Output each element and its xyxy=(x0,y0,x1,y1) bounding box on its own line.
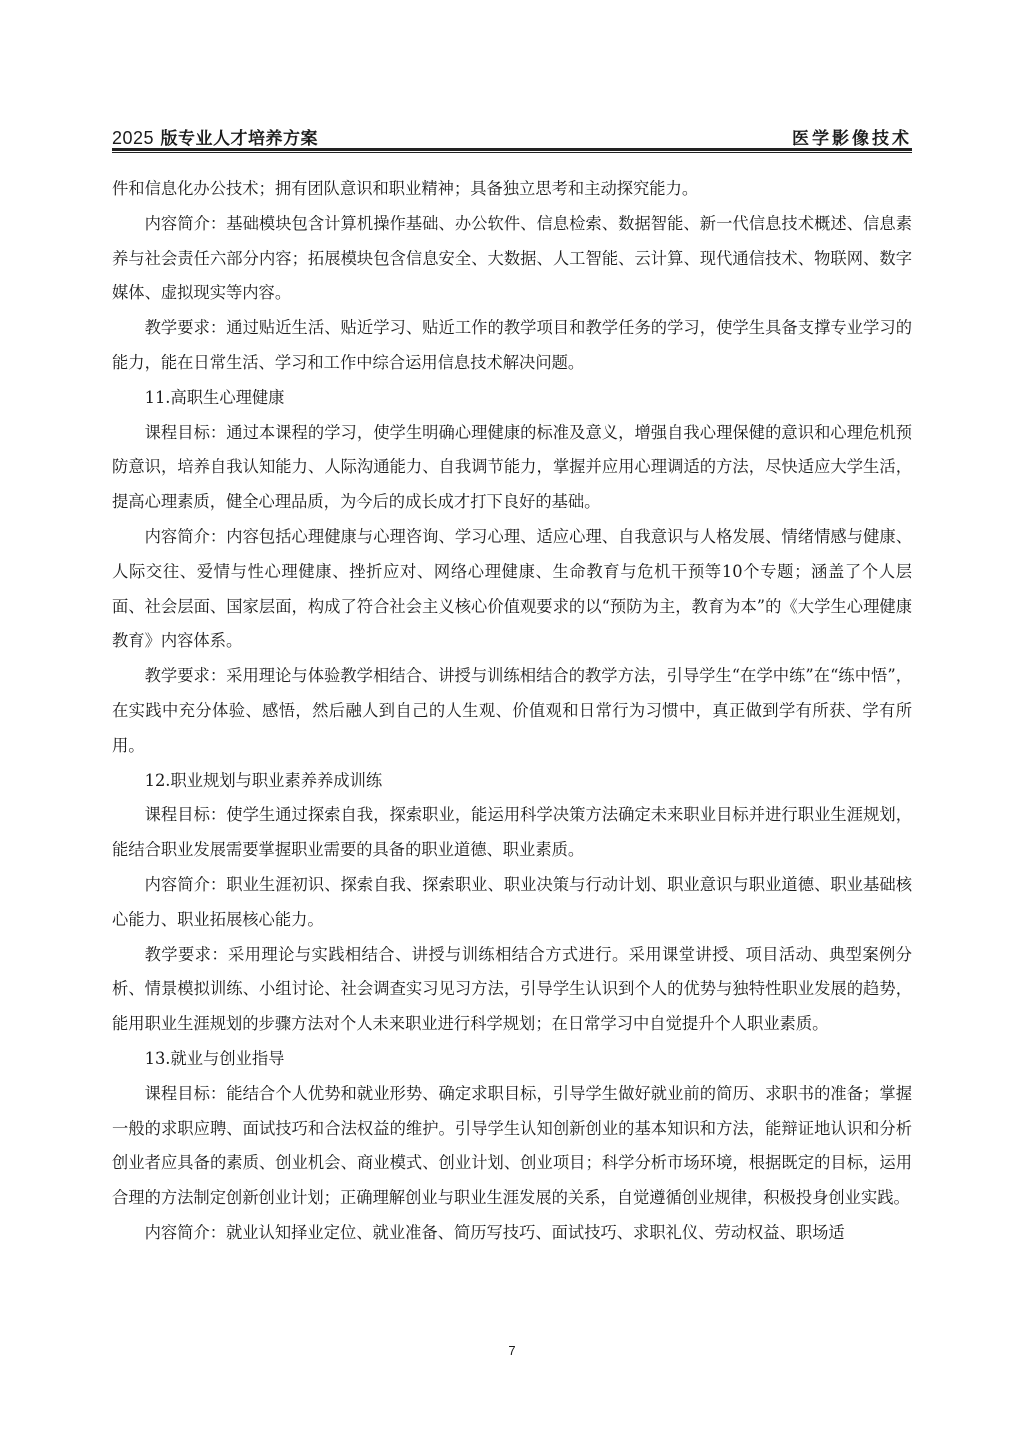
paragraph: 教学要求：采用理论与体验教学相结合、讲授与训练相结合的教学方法，引导学生“在学中… xyxy=(112,659,912,763)
header-rule-thick xyxy=(112,148,912,151)
header-year: 2025 xyxy=(112,128,154,148)
section-heading: 12.职业规划与职业素养养成训练 xyxy=(112,764,912,799)
paragraph: 内容简介：职业生涯初识、探索自我、探索职业、职业决策与行动计划、职业意识与职业道… xyxy=(112,868,912,938)
header-rule-thin xyxy=(112,152,912,153)
paragraph: 内容简介：就业认知择业定位、就业准备、简历写技巧、面试技巧、求职礼仪、劳动权益、… xyxy=(112,1216,912,1251)
header-rule xyxy=(112,148,912,153)
paragraph: 课程目标：使学生通过探索自我，探索职业，能运用科学决策方法确定未来职业目标并进行… xyxy=(112,798,912,868)
page-number: 7 xyxy=(0,1343,1024,1358)
header-major-name: 医学影像技术 xyxy=(792,124,912,149)
paragraph: 课程目标：能结合个人优势和就业形势、确定求职目标，引导学生做好就业前的简历、求职… xyxy=(112,1077,912,1216)
running-header: 2025 版专业人才培养方案 医学影像技术 xyxy=(112,124,912,148)
paragraph: 教学要求：通过贴近生活、贴近学习、贴近工作的教学项目和教学任务的学习，使学生具备… xyxy=(112,311,912,381)
body-text: 件和信息化办公技术；拥有团队意识和职业精神；具备独立思考和主动探究能力。 内容简… xyxy=(112,172,912,1251)
header-document-title: 2025 版专业人才培养方案 xyxy=(112,124,318,149)
header-title-text: 版专业人才培养方案 xyxy=(154,129,318,149)
paragraph: 内容简介：内容包括心理健康与心理咨询、学习心理、适应心理、自我意识与人格发展、情… xyxy=(112,520,912,659)
paragraph: 教学要求：采用理论与实践相结合、讲授与训练相结合方式进行。采用课堂讲授、项目活动… xyxy=(112,938,912,1042)
paragraph: 内容简介：基础模块包含计算机操作基础、办公软件、信息检索、数据智能、新一代信息技… xyxy=(112,207,912,311)
document-page: 2025 版专业人才培养方案 医学影像技术 件和信息化办公技术；拥有团队意识和职… xyxy=(0,0,1024,1448)
section-heading: 13.就业与创业指导 xyxy=(112,1042,912,1077)
paragraph-continuation: 件和信息化办公技术；拥有团队意识和职业精神；具备独立思考和主动探究能力。 xyxy=(112,172,912,207)
section-heading: 11.高职生心理健康 xyxy=(112,381,912,416)
paragraph: 课程目标：通过本课程的学习，使学生明确心理健康的标准及意义，增强自我心理保健的意… xyxy=(112,416,912,520)
